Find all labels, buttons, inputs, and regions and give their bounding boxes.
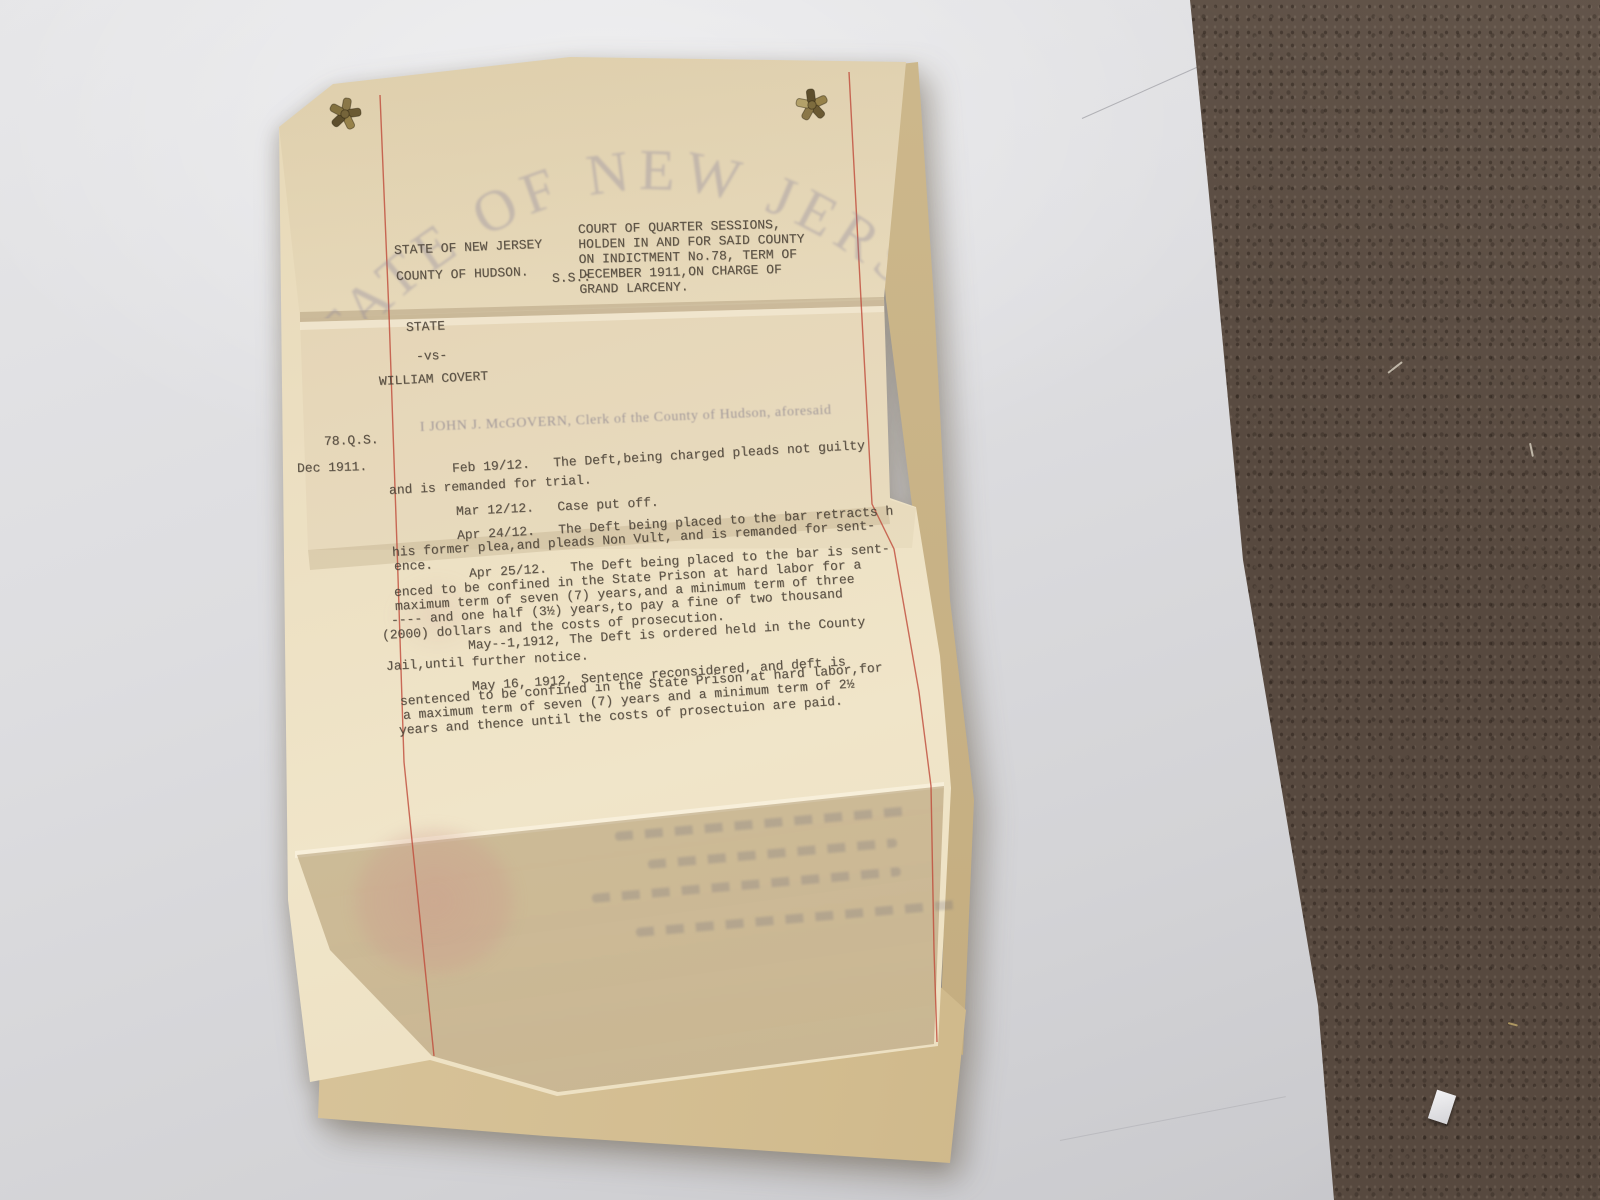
folded-court-document: STATE OF NEW JERSEY I JOHN J. McGOVERN, … [0, 0, 1600, 1200]
photo-of-court-document: STATE OF NEW JERSEY I JOHN J. McGOVERN, … [0, 0, 1600, 1200]
venue-ss: S.S.: [552, 270, 592, 286]
caption-versus: -vs- [416, 348, 448, 364]
docket-number: 78.Q.S. [324, 432, 379, 449]
caption-plaintiff: STATE [406, 318, 446, 335]
brass-fastener [328, 97, 362, 131]
docket-term: Dec 1911. [297, 459, 368, 476]
record-line: ence. [394, 558, 434, 574]
court-heading-line: GRAND LARCENY. [579, 279, 689, 297]
